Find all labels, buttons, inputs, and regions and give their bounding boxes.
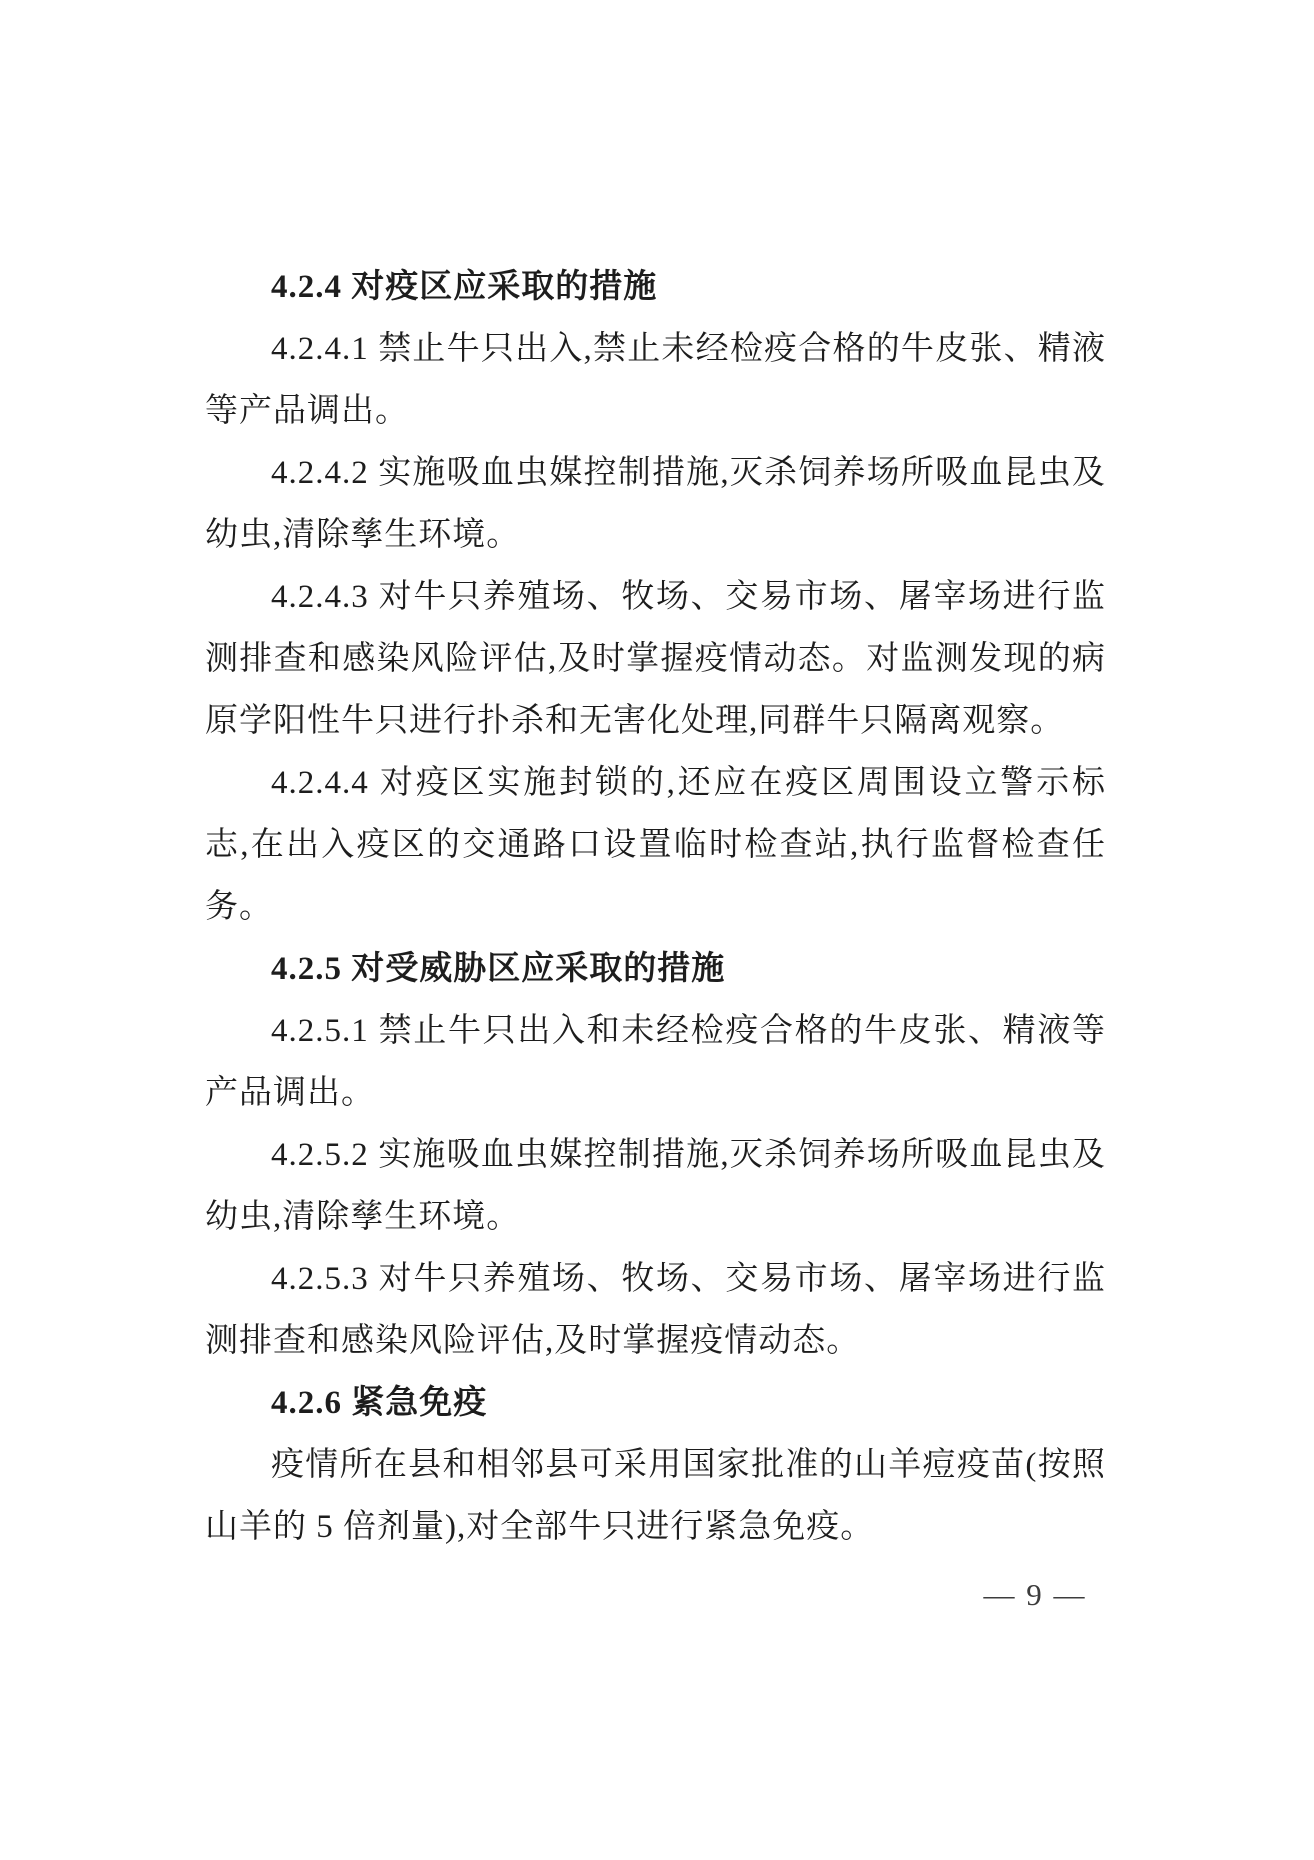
document-page: 4.2.4 对疫区应采取的措施 4.2.4.1 禁止牛只出入,禁止未经检疫合格的… (0, 0, 1314, 1860)
para-emergency-immunization: 疫情所在县和相邻县可采用国家批准的山羊痘疫苗(按照山羊的 5 倍剂量),对全部牛… (205, 1434, 1106, 1558)
heading-4-2-6: 4.2.6 紧急免疫 (205, 1372, 1106, 1434)
para-4-2-5-2: 4.2.5.2 实施吸血虫媒控制措施,灭杀饲养场所吸血昆虫及幼虫,清除孳生环境。 (205, 1124, 1106, 1248)
heading-4-2-5: 4.2.5 对受威胁区应采取的措施 (205, 938, 1106, 1000)
page-content: 4.2.4 对疫区应采取的措施 4.2.4.1 禁止牛只出入,禁止未经检疫合格的… (205, 256, 1106, 1558)
para-4-2-5-1: 4.2.5.1 禁止牛只出入和未经检疫合格的牛皮张、精液等产品调出。 (205, 1000, 1106, 1124)
para-4-2-5-3: 4.2.5.3 对牛只养殖场、牧场、交易市场、屠宰场进行监测排查和感染风险评估,… (205, 1248, 1106, 1372)
para-4-2-4-2: 4.2.4.2 实施吸血虫媒控制措施,灭杀饲养场所吸血昆虫及幼虫,清除孳生环境。 (205, 442, 1106, 566)
page-number: — 9 — (952, 1576, 1118, 1614)
para-4-2-4-1: 4.2.4.1 禁止牛只出入,禁止未经检疫合格的牛皮张、精液等产品调出。 (205, 318, 1106, 442)
para-4-2-4-4: 4.2.4.4 对疫区实施封锁的,还应在疫区周围设立警示标志,在出入疫区的交通路… (205, 752, 1106, 938)
heading-4-2-4: 4.2.4 对疫区应采取的措施 (205, 256, 1106, 318)
para-4-2-4-3: 4.2.4.3 对牛只养殖场、牧场、交易市场、屠宰场进行监测排查和感染风险评估,… (205, 566, 1106, 752)
